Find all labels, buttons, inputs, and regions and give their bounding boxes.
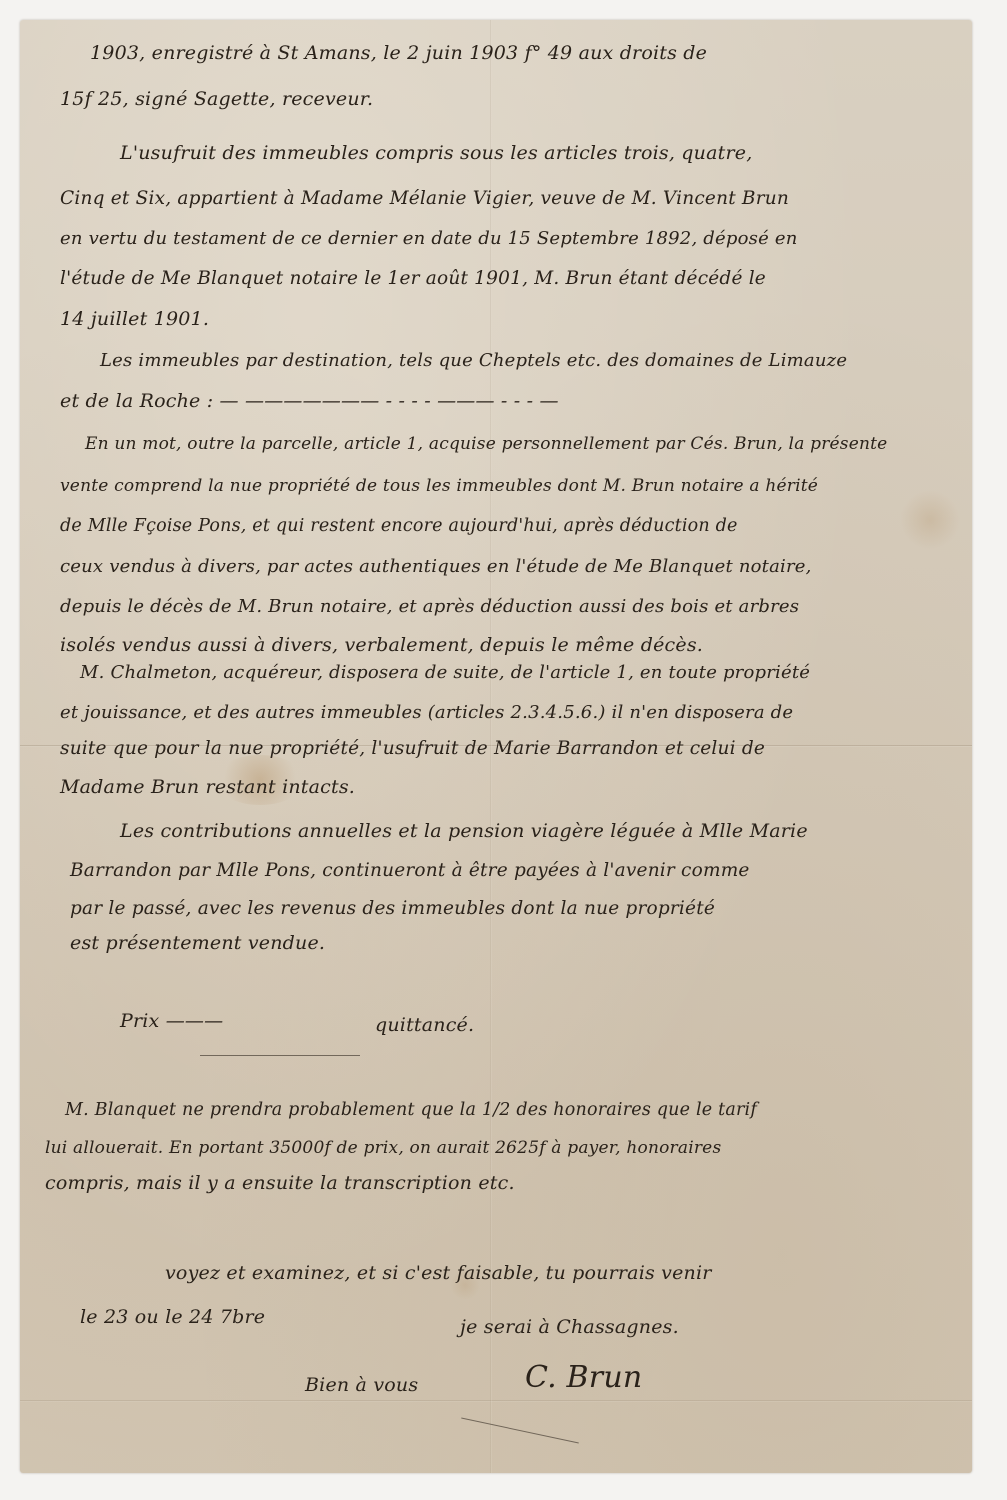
- text-line: isolés vendus aussi à divers, verbalemen…: [60, 634, 703, 656]
- fold-crease-bottom: [20, 1400, 972, 1402]
- text-line: 1903, enregistré à St Amans, le 2 juin 1…: [90, 42, 707, 64]
- ink-stain: [900, 490, 960, 550]
- paragraph-start: Les contributions annuelles et la pensio…: [120, 820, 808, 842]
- text-line: compris, mais il y a ensuite la transcri…: [45, 1172, 515, 1194]
- signature: C. Brun: [525, 1360, 642, 1395]
- text-line: suite que pour la nue propriété, l'usufr…: [60, 738, 765, 759]
- price-label: Prix ———: [120, 1010, 223, 1032]
- text-line: et de la Roche : — ——————— - - - - ——— -…: [60, 390, 559, 412]
- text-line: Madame Brun restant intacts.: [60, 776, 355, 798]
- separator-rule: [200, 1055, 360, 1056]
- text-line: en vertu du testament de ce dernier en d…: [60, 228, 798, 249]
- text-line: 15f 25, signé Sagette, receveur.: [60, 88, 373, 110]
- closing-line: voyez et examinez, et si c'est faisable,…: [165, 1262, 712, 1284]
- closing-line: le 23 ou le 24 7bre: [80, 1306, 265, 1328]
- text-line: Barrandon par Mlle Pons, continueront à …: [70, 860, 750, 881]
- text-line: est présentement vendue.: [70, 932, 325, 954]
- paragraph-start: M. Blanquet ne prendra probablement que …: [65, 1100, 757, 1120]
- paragraph-start: L'usufruit des immeubles compris sous le…: [120, 142, 752, 164]
- text-line: l'étude de Me Blanquet notaire le 1er ao…: [60, 268, 766, 289]
- text-line: et jouissance, et des autres immeubles (…: [60, 702, 793, 723]
- paragraph-start: Les immeubles par destination, tels que …: [100, 350, 847, 371]
- closing-line: je serai à Chassagnes.: [460, 1316, 679, 1338]
- text-line: ceux vendus à divers, par actes authenti…: [60, 556, 812, 577]
- paragraph-start: En un mot, outre la parcelle, article 1,…: [85, 434, 887, 454]
- text-line: depuis le décès de M. Brun notaire, et a…: [60, 596, 799, 617]
- text-line: lui allouerait. En portant 35000f de pri…: [45, 1138, 721, 1158]
- text-line: par le passé, avec les revenus des immeu…: [70, 898, 715, 919]
- letter-paper: 1903, enregistré à St Amans, le 2 juin 1…: [20, 20, 972, 1473]
- text-line: 14 juillet 1901.: [60, 308, 209, 330]
- text-line: vente comprend la nue propriété de tous …: [60, 476, 818, 496]
- paragraph-start: M. Chalmeton, acquéreur, disposera de su…: [80, 662, 810, 683]
- valediction: Bien à vous: [305, 1374, 418, 1396]
- text-line: Cinq et Six, appartient à Madame Mélanie…: [60, 188, 789, 209]
- signature-flourish: [461, 1418, 579, 1444]
- price-status: quittancé.: [375, 1014, 474, 1036]
- text-line: de Mlle Fçoise Pons, et qui restent enco…: [60, 516, 738, 536]
